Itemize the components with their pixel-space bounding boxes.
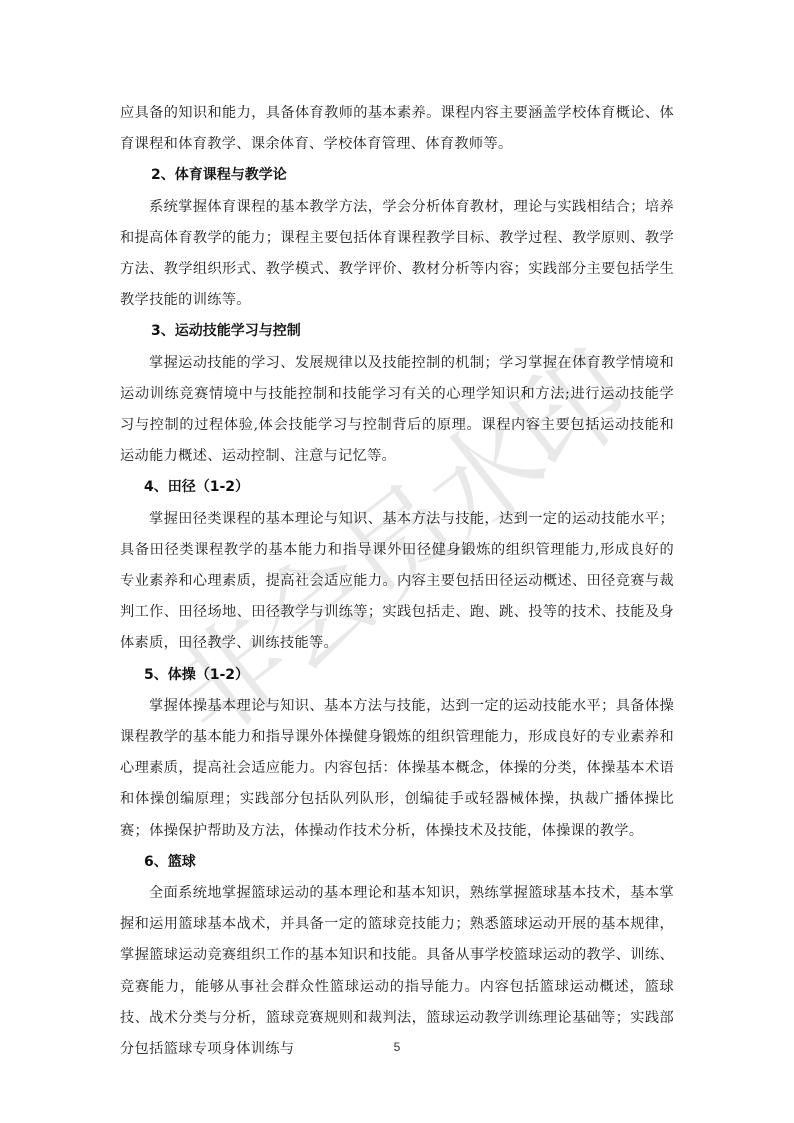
page-content: 应具备的知识和能力，具备体育教师的基本素养。课程内容主要涵盖学校体育概论、体育课… <box>120 98 674 1065</box>
heading-gymnastics: 5、体操（1-2） <box>120 660 674 691</box>
paragraph-motor-skill-learning: 掌握运动技能的学习、发展规律以及技能控制的机制；学习掌握在体育教学情境和运动训练… <box>120 348 674 473</box>
heading-track-and-field: 4、田径（1-2） <box>120 472 674 503</box>
page-number: 5 <box>0 1040 794 1054</box>
heading-motor-skill-learning: 3、运动技能学习与控制 <box>120 316 674 347</box>
paragraph-track-and-field: 掌握田径类课程的基本理论与知识、基本方法与技能，达到一定的运动技能水平；具备田径… <box>120 504 674 660</box>
paragraph-pe-curriculum-teaching: 系统掌握体育课程的基本教学方法，学会分析体育教材，理论与实践相结合；培养和提高体… <box>120 192 674 317</box>
document-page: 非会员水印 应具备的知识和能力，具备体育教师的基本素养。课程内容主要涵盖学校体育… <box>0 0 794 1123</box>
paragraph-gymnastics: 掌握体操基本理论与知识、基本方法与技能，达到一定的运动技能水平；具备体操课程教学… <box>120 691 674 847</box>
heading-pe-curriculum-teaching: 2、体育课程与教学论 <box>120 160 674 191</box>
heading-basketball: 6、篮球 <box>120 847 674 878</box>
paragraph-course-intro-continued: 应具备的知识和能力，具备体育教师的基本素养。课程内容主要涵盖学校体育概论、体育课… <box>120 98 674 160</box>
paragraph-basketball: 全面系统地掌握篮球运动的基本理论和基本知识，熟练掌握篮球基本技术，基本掌握和运用… <box>120 878 674 1065</box>
